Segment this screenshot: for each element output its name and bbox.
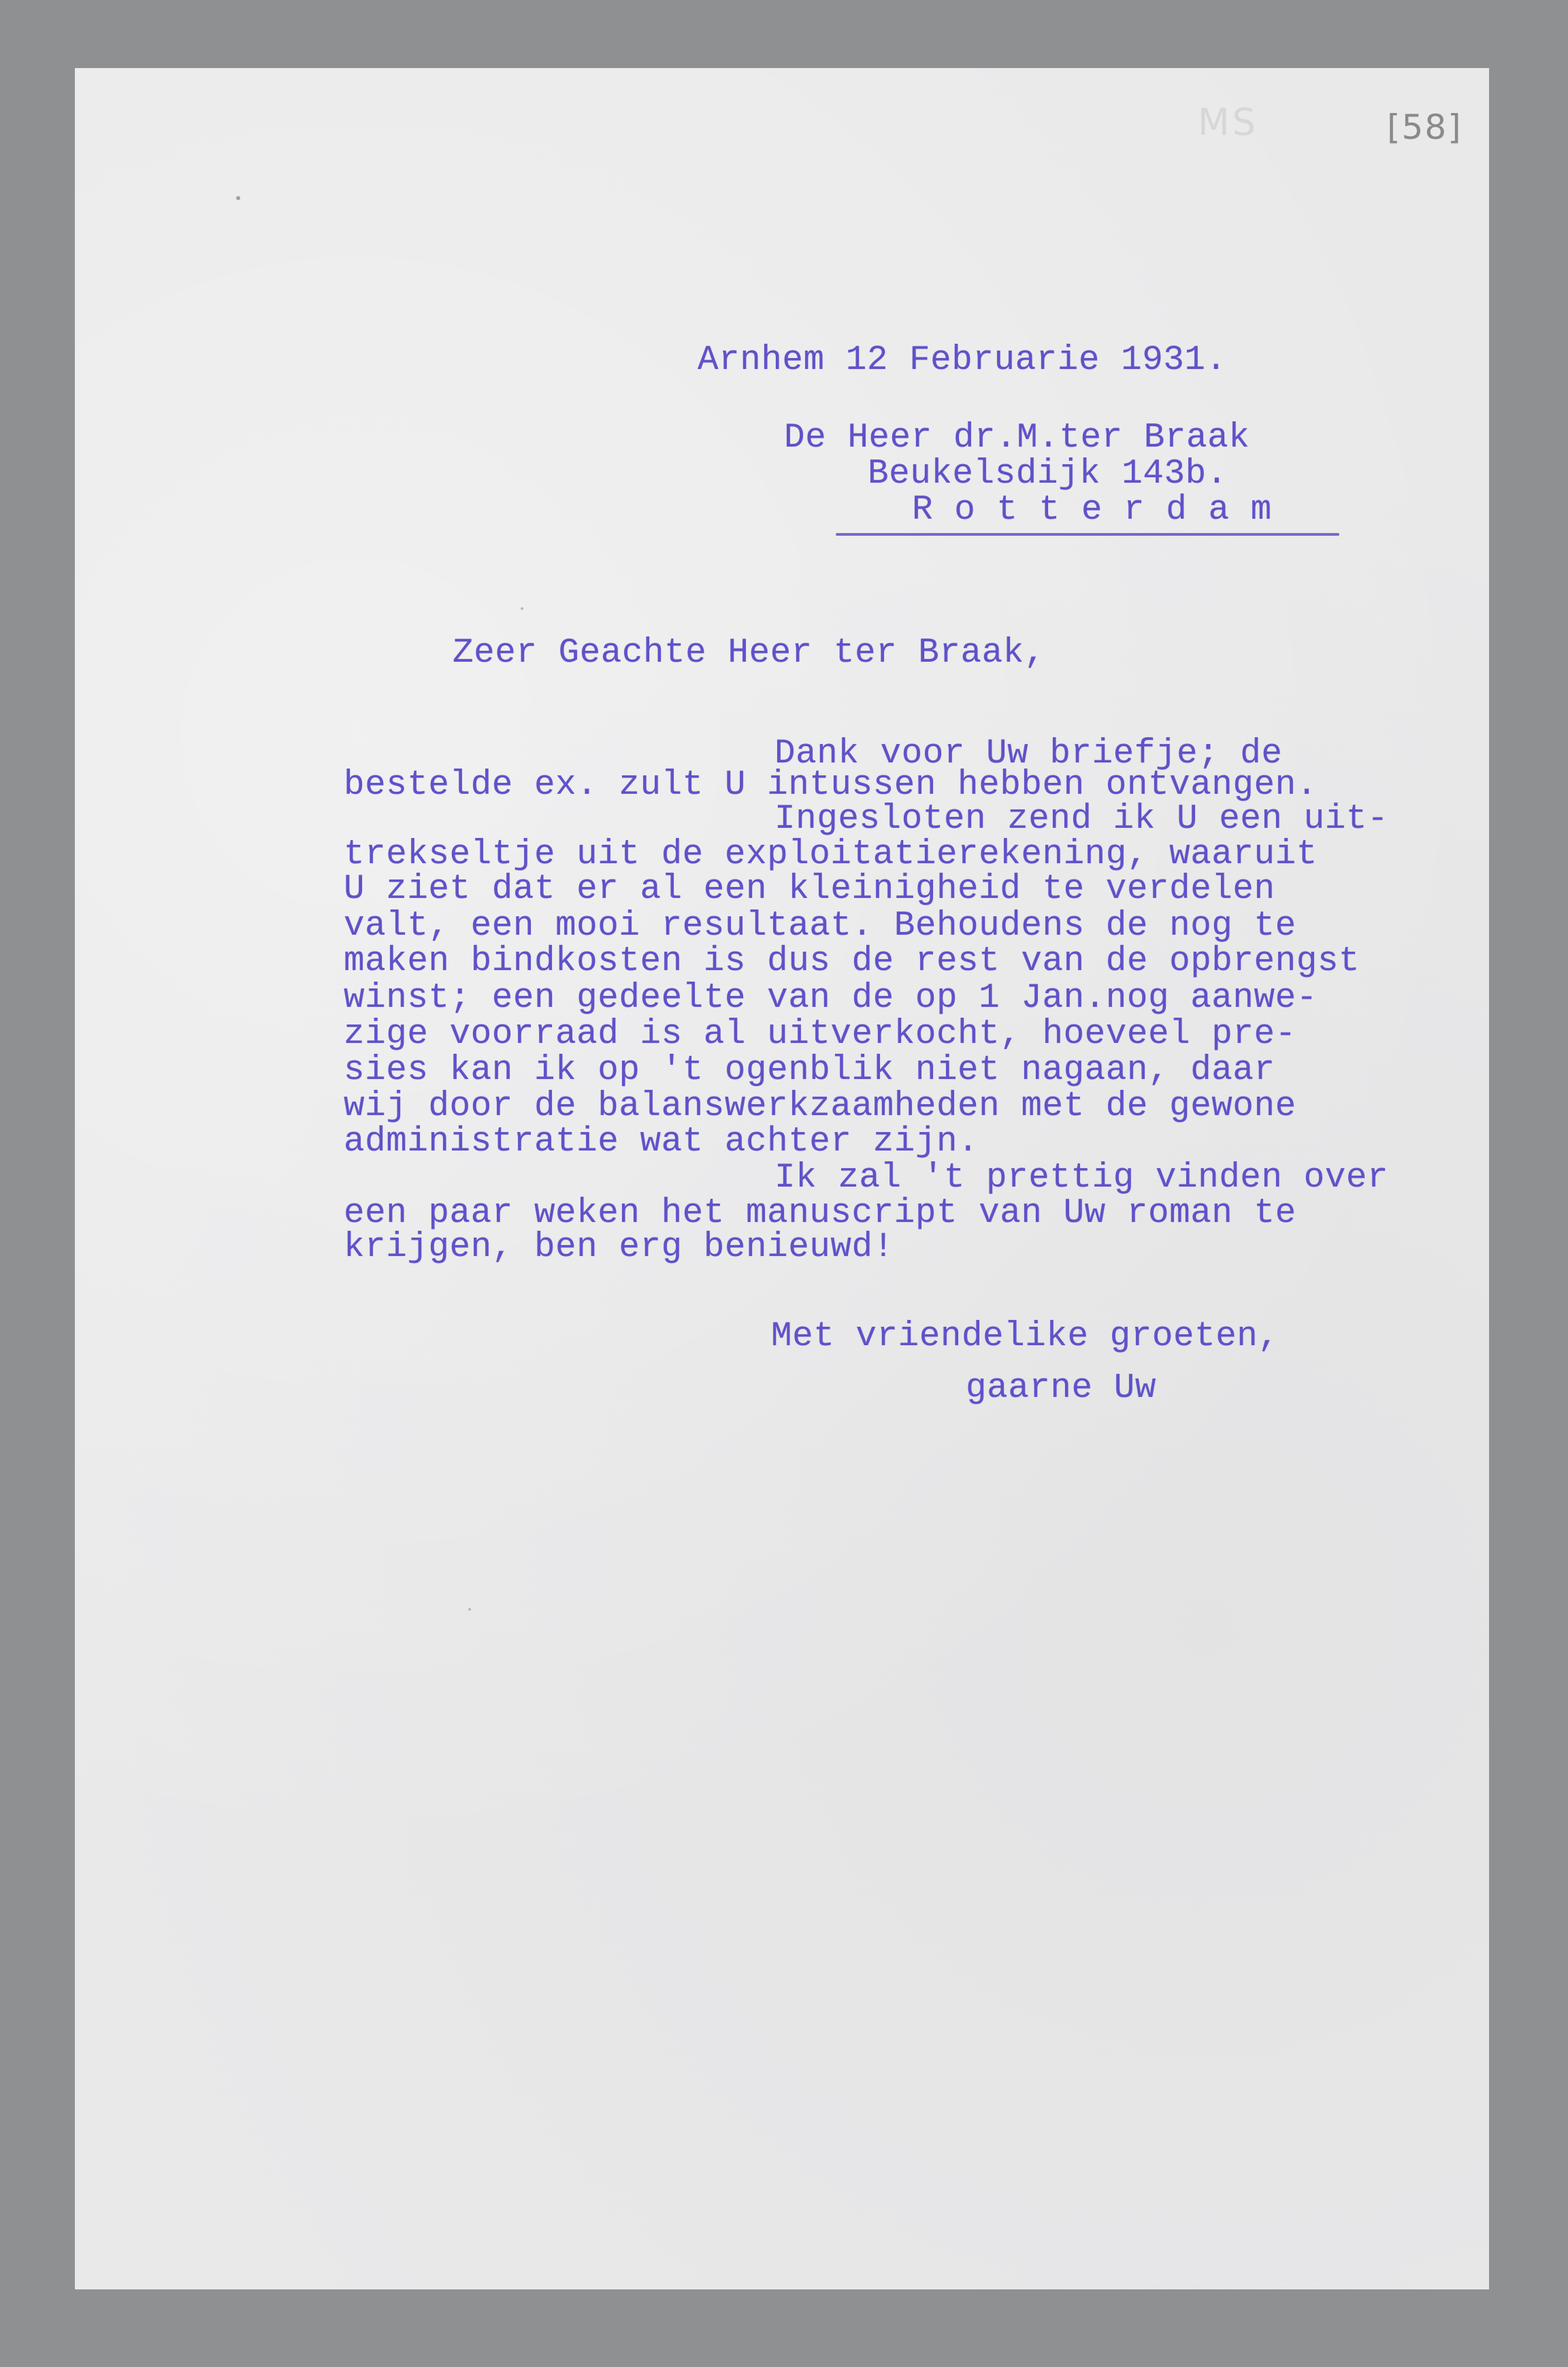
closing-signoff: gaarne Uw [966, 1371, 1156, 1406]
faint-stamp-mark: MS [1198, 101, 1258, 144]
body-line: valt, een mooi resultaat. Behoudens de n… [344, 909, 1296, 944]
body-line: een paar weken het manuscript van Uw rom… [344, 1196, 1296, 1231]
addressee-street: Beukelsdijk 143b. [868, 457, 1228, 492]
ink-speck [521, 607, 523, 610]
addressee-name: De Heer dr.M.ter Braak [784, 421, 1249, 455]
body-line: administratie wat achter zijn. [344, 1125, 979, 1159]
body-line: maken bindkosten is dus de rest van de o… [344, 944, 1360, 979]
ink-speck [236, 196, 240, 200]
body-line: U ziet dat er al een kleinigheid te verd… [344, 872, 1275, 907]
body-line: Ik zal 't prettig vinden over [774, 1161, 1388, 1195]
body-line: trekseltje uit de exploitatierekening, w… [344, 837, 1318, 872]
body-line: bestelde ex. zult U intussen hebben ontv… [344, 768, 1318, 803]
body-line: zige voorraad is al uitverkocht, hoeveel… [344, 1017, 1296, 1052]
body-line: winst; een gedeelte van de op 1 Jan.nog … [344, 981, 1318, 1016]
place-date: Arnhem 12 Februarie 1931. [698, 343, 1227, 378]
body-line: wij door de balanswerkzaamheden met de g… [344, 1089, 1296, 1124]
addressee-city: R o t t e r d a m [912, 493, 1272, 528]
address-underline [836, 533, 1339, 536]
body-line: sies kan ik op 't ogenblik niet nagaan, … [344, 1053, 1275, 1088]
letter-page: MS [58] Arnhem 12 Februarie 1931. De Hee… [75, 68, 1489, 2289]
closing-greeting: Met vriendelike groeten, [771, 1319, 1279, 1354]
salutation: Zeer Geachte Heer ter Braak, [453, 636, 1045, 671]
ink-speck [468, 1608, 471, 1611]
folio-number: [58] [1387, 108, 1463, 147]
body-line: Ingesloten zend ik U een uit- [774, 802, 1388, 837]
body-line: krijgen, ben erg benieuwd! [344, 1230, 894, 1265]
